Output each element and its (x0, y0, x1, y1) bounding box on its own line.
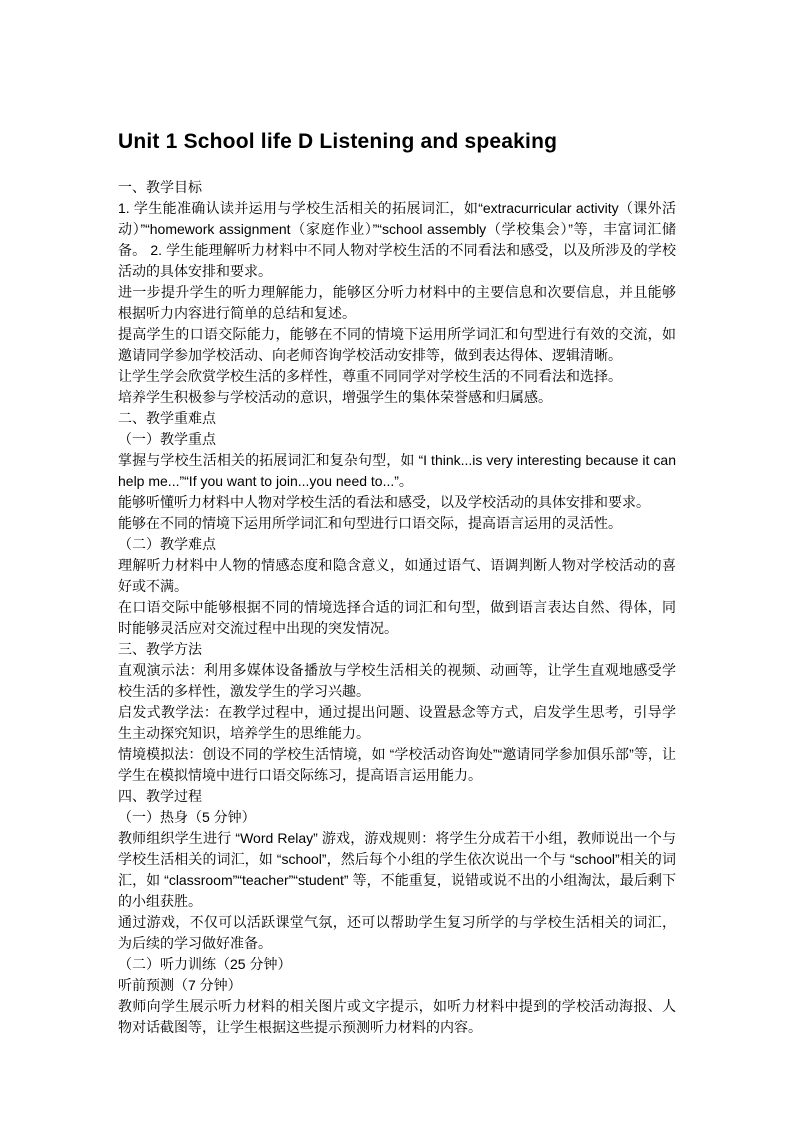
paragraph: 提高学生的口语交际能力，能够在不同的情境下运用所学词汇和句型进行有效的交流，如邀… (118, 324, 676, 366)
paragraph: 直观演示法：利用多媒体设备播放与学校生活相关的视频、动画等，让学生直观地感受学校… (118, 660, 676, 702)
document-page: Unit 1 School life D Listening and speak… (0, 0, 794, 1123)
paragraph: 掌握与学校生活相关的拓展词汇和复杂句型，如 “I think...is very… (118, 450, 676, 492)
paragraph: 通过游戏，不仅可以活跃课堂气氛，还可以帮助学生复习所学的与学校生活相关的词汇，为… (118, 912, 676, 954)
paragraph: 启发式教学法：在教学过程中，通过提出问题、设置悬念等方式，启发学生思考，引导学生… (118, 702, 676, 744)
document-title: Unit 1 School life D Listening and speak… (118, 128, 676, 156)
paragraph: （一）教学重点 (118, 429, 676, 450)
paragraph: 情境模拟法：创设不同的学校生活情境，如 “学校活动咨询处”“邀请同学参加俱乐部”… (118, 744, 676, 786)
paragraph: 培养学生积极参与学校活动的意识，增强学生的集体荣誉感和归属感。 (118, 387, 676, 408)
paragraph: （一）热身（5 分钟） (118, 807, 676, 828)
paragraph: 1. 学生能准确认读并运用与学校生活相关的拓展词汇，如“extracurricu… (118, 198, 676, 282)
paragraph: （二）听力训练（25 分钟） (118, 954, 676, 975)
paragraph: 能够在不同的情境下运用所学词汇和句型进行口语交际，提高语言运用的灵活性。 (118, 513, 676, 534)
paragraph: 能够听懂听力材料中人物对学校生活的看法和感受，以及学校活动的具体安排和要求。 (118, 492, 676, 513)
paragraph: 一、教学目标 (118, 177, 676, 198)
paragraph: 教师组织学生进行 “Word Relay” 游戏，游戏规则：将学生分成若干小组，… (118, 828, 676, 912)
document-body: 一、教学目标1. 学生能准确认读并运用与学校生活相关的拓展词汇，如“extrac… (118, 177, 676, 1038)
paragraph: 四、教学过程 (118, 786, 676, 807)
paragraph: 三、教学方法 (118, 639, 676, 660)
paragraph: 理解听力材料中人物的情感态度和隐含意义，如通过语气、语调判断人物对学校活动的喜好… (118, 555, 676, 597)
paragraph: 二、教学重难点 (118, 408, 676, 429)
paragraph: 教师向学生展示听力材料的相关图片或文字提示，如听力材料中提到的学校活动海报、人物… (118, 996, 676, 1038)
paragraph: 让学生学会欣赏学校生活的多样性，尊重不同同学对学校生活的不同看法和选择。 (118, 366, 676, 387)
paragraph: 在口语交际中能够根据不同的情境选择合适的词汇和句型，做到语言表达自然、得体，同时… (118, 597, 676, 639)
paragraph: （二）教学难点 (118, 534, 676, 555)
paragraph: 听前预测（7 分钟） (118, 975, 676, 996)
paragraph: 进一步提升学生的听力理解能力，能够区分听力材料中的主要信息和次要信息，并且能够根… (118, 282, 676, 324)
document-content: Unit 1 School life D Listening and speak… (118, 128, 676, 1038)
